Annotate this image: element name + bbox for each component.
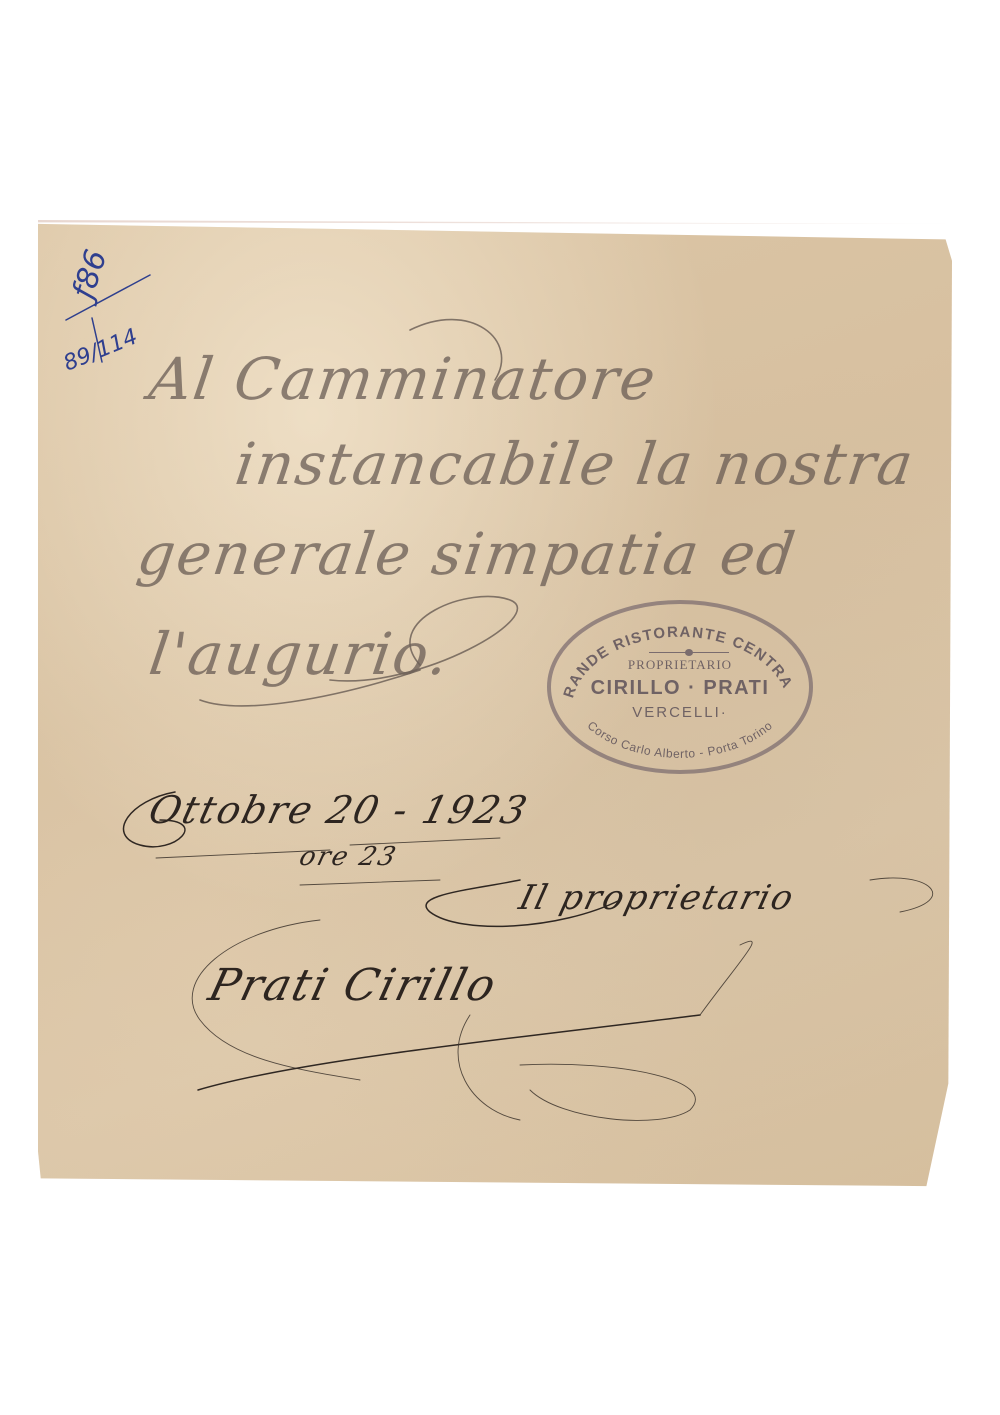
time-underline (300, 880, 440, 885)
pencil-loop (330, 596, 517, 680)
date-underline-2 (350, 838, 500, 845)
date-underline-1 (156, 850, 330, 858)
decorative-strokes (0, 0, 1000, 1415)
title-tail (870, 878, 933, 912)
signature-tail (700, 941, 752, 1015)
date-flourish (124, 792, 185, 847)
pencil-underline (200, 670, 420, 706)
signature-underline (198, 1015, 700, 1090)
signature-oval (520, 1064, 695, 1120)
title-flourish (426, 880, 620, 926)
archive-divider-line (66, 275, 150, 320)
signature-loop-bottom (458, 1015, 520, 1120)
archive-slash (92, 318, 102, 362)
signature-loop-left (192, 920, 360, 1080)
pencil-flourish-top (410, 320, 502, 380)
